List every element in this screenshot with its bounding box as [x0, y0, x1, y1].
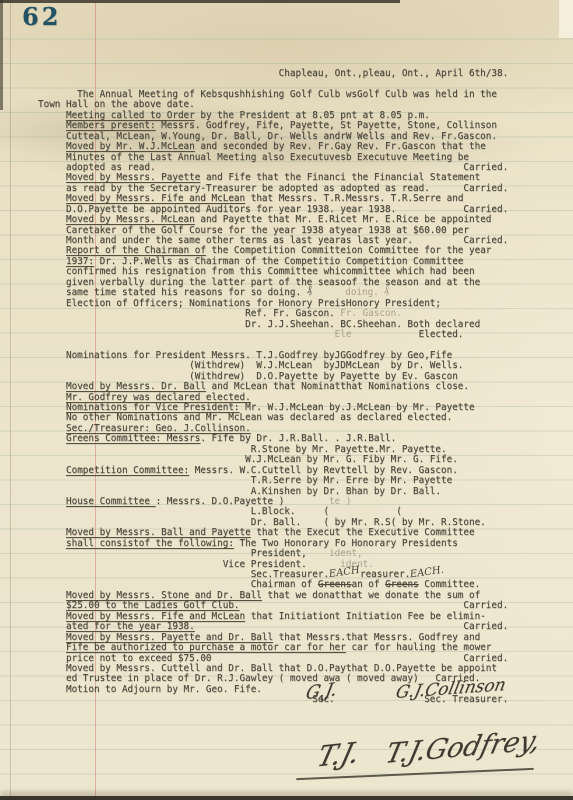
- page-bottom-edge: [0, 796, 573, 800]
- scanned-minutes-page: { "page": { "number": "62" }, "doc": { "…: [0, 0, 573, 800]
- page-corner-highlight: [559, 0, 573, 38]
- secretary-signature: G.J.: [304, 679, 339, 704]
- typed-text: Chapleau, Ont.,pleau, Ont., April 6th/38…: [38, 69, 568, 706]
- typed-line: Chapleau, Ont.,pleau, Ont., April 6th/38…: [38, 69, 568, 79]
- page-left-edge: [0, 0, 3, 110]
- ledger-paper: 62 Chapleau, Ont.,pleau, Ont., April 6th…: [0, 0, 573, 800]
- page-crease-line: [10, 0, 11, 800]
- page-number: 62: [22, 2, 61, 31]
- typed-line: Ele Elected.: [38, 330, 568, 340]
